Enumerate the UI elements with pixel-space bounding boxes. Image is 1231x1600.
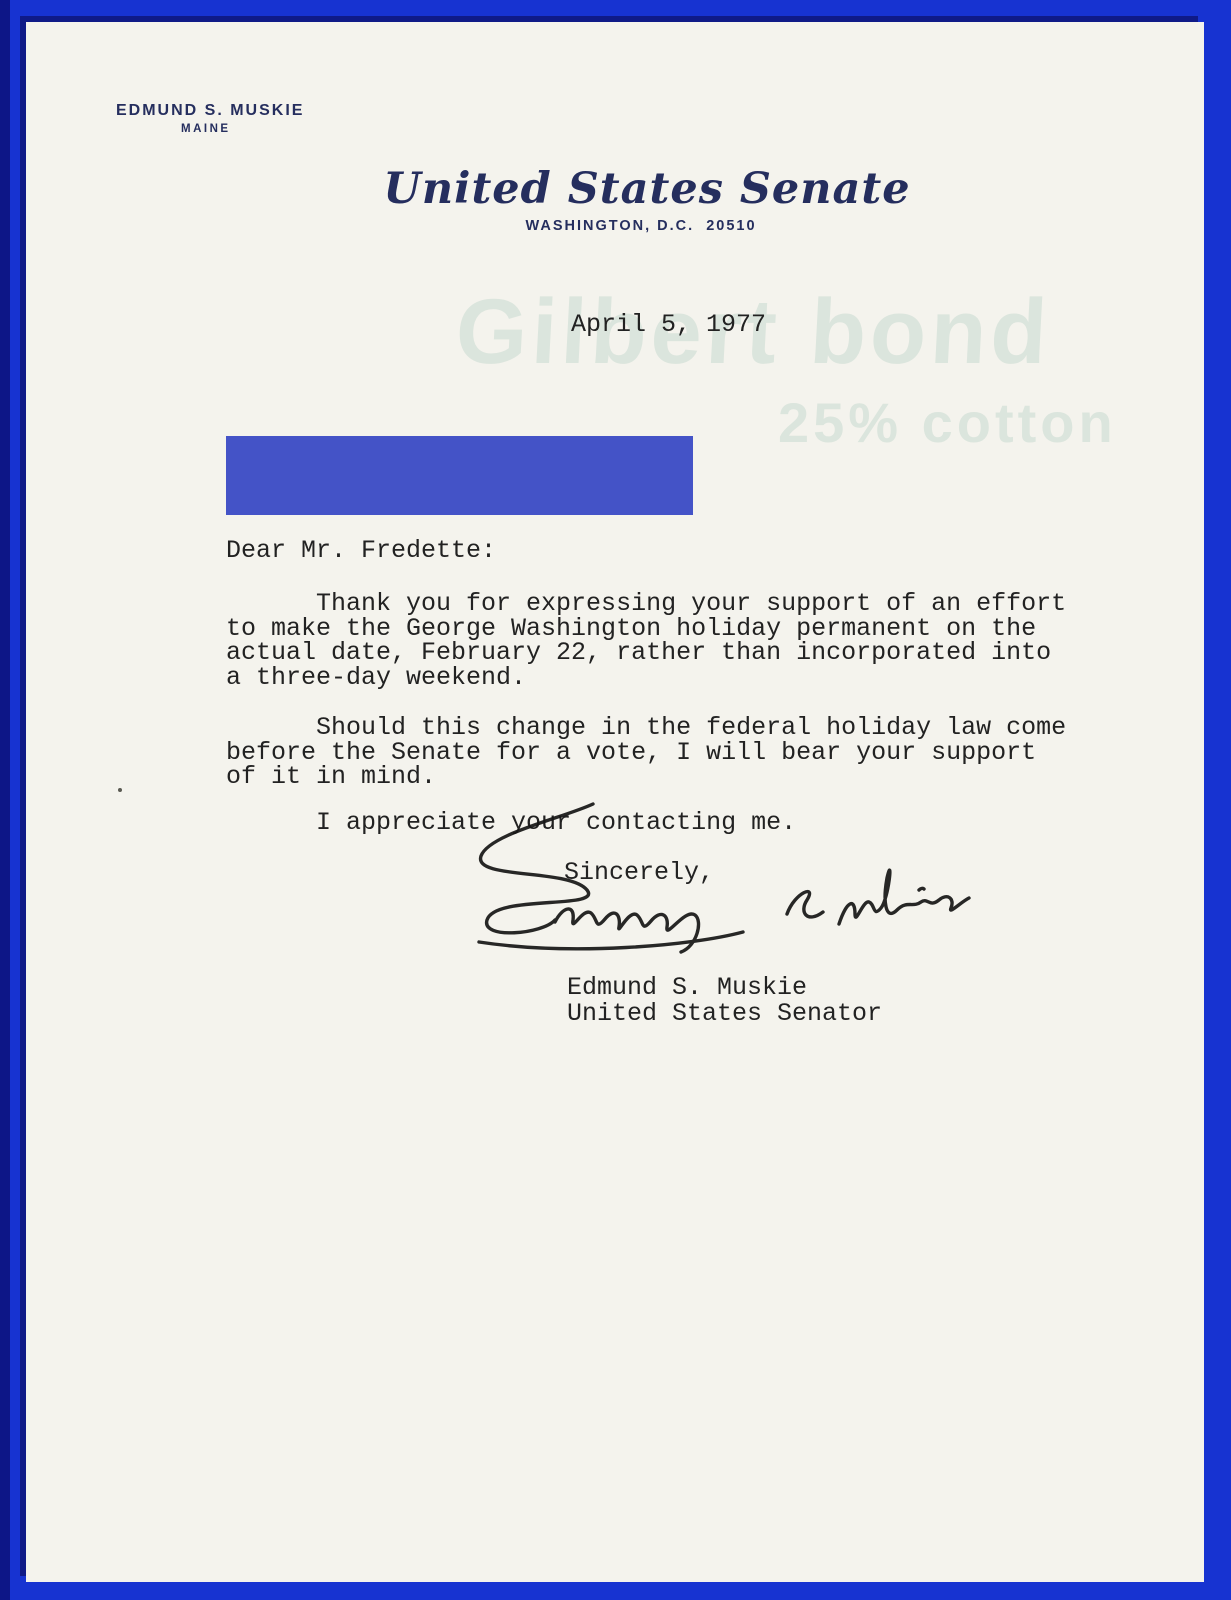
typed-signature-block: Edmund S. Muskie United States Senator (567, 975, 882, 1026)
letterhead-address-line: WASHINGTON, D.C. 20510 (41, 218, 1231, 234)
letterhead-institution-title: United States Senate (47, 164, 1231, 214)
letterhead-sender-state: MAINE (181, 123, 231, 135)
letterhead-sender-name: EDMUND S. MUSKIE (116, 102, 304, 120)
ink-speck (118, 788, 122, 792)
letter-paragraph: Should this change in the federal holida… (226, 716, 1066, 790)
redacted-recipient-address (226, 436, 693, 515)
letter-paper: Gilbert bond 25% cotton EDMUND S. MUSKIE… (26, 22, 1204, 1582)
paper-watermark-cotton: 25% cotton (778, 390, 1117, 455)
letter-date: April 5, 1977 (571, 313, 766, 338)
scan-edge-shadow (0, 0, 10, 1600)
letter-salutation: Dear Mr. Fredette: (226, 539, 496, 564)
handwritten-signature (451, 794, 976, 979)
scanned-letter: Gilbert bond 25% cotton EDMUND S. MUSKIE… (0, 0, 1231, 1600)
letter-paragraph: Thank you for expressing your support of… (226, 592, 1066, 690)
